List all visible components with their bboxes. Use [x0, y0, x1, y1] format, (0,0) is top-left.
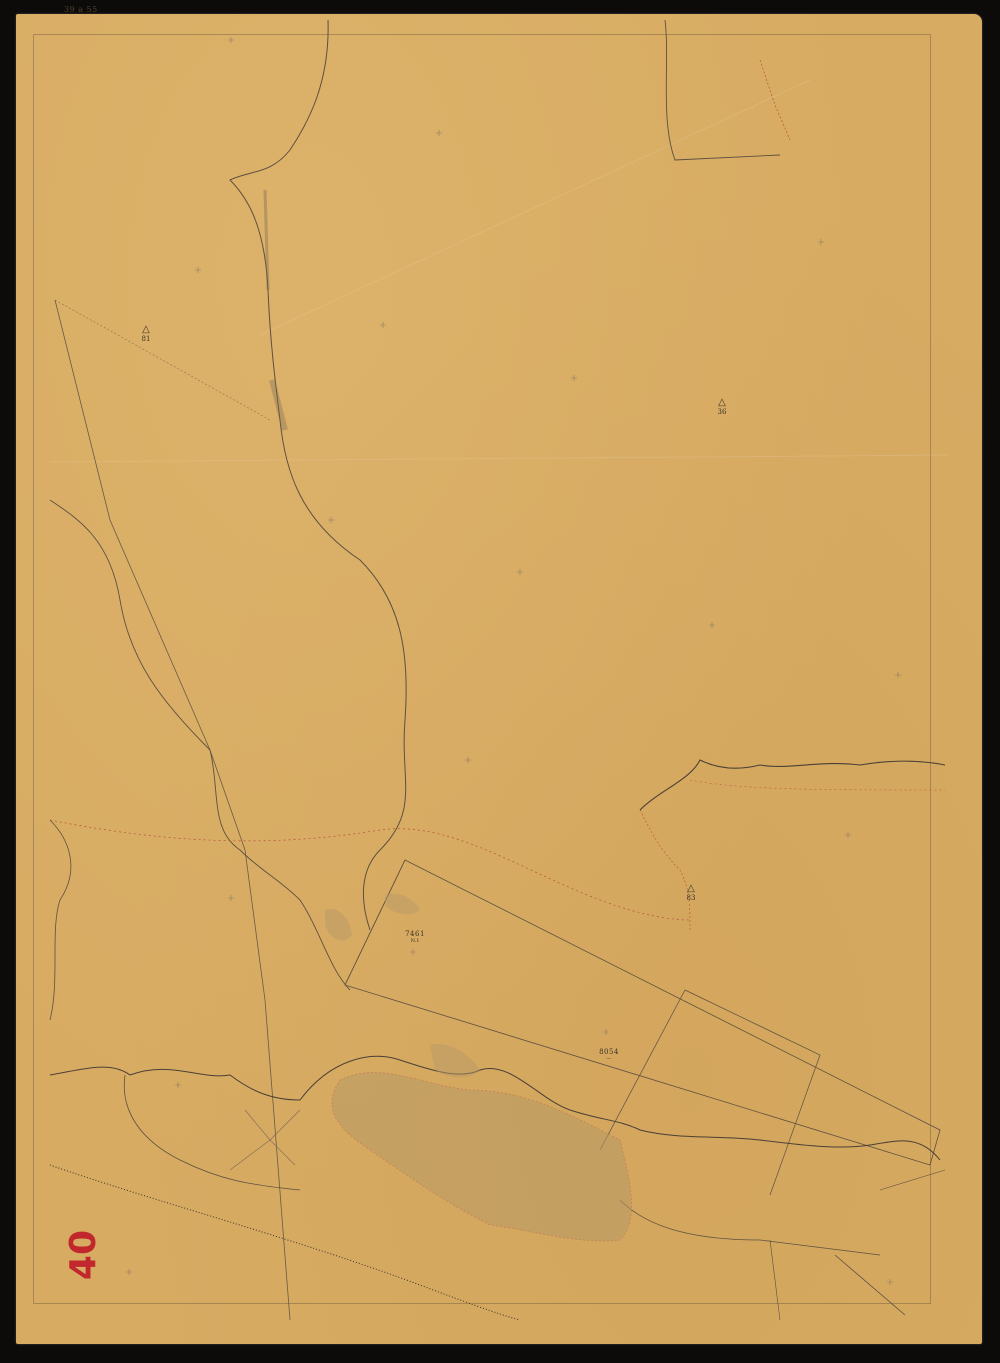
- survey-line-se-2: [880, 1170, 945, 1190]
- survey-line-nw: [55, 300, 270, 420]
- marsh-small-2: [325, 909, 352, 940]
- sheet-corner-label: 39 a 55: [64, 5, 98, 14]
- survey-radials: [230, 1110, 300, 1170]
- river-far-west: [50, 820, 71, 1020]
- triangle-icon: △: [131, 325, 161, 335]
- survey-line-se: [835, 1255, 905, 1315]
- river-south: [620, 1200, 880, 1255]
- marsh-area: [332, 1072, 632, 1241]
- survey-line-east: [640, 810, 690, 930]
- survey-line-east-2: [690, 780, 945, 790]
- parcel-label-7461: 7461 N.1: [395, 930, 435, 944]
- map-linework: [0, 0, 1000, 1363]
- river-west: [50, 500, 350, 990]
- parcel-8054-boundary: [685, 990, 820, 1195]
- marsh-small-3: [385, 894, 420, 915]
- creek-hatching-2: [272, 380, 285, 430]
- triangulation-point-83: △ 83: [676, 884, 706, 903]
- triangle-icon: △: [676, 884, 706, 894]
- sheet-number: 40: [64, 1223, 104, 1287]
- parcel-label-8054: 8054 —: [589, 1048, 629, 1062]
- creek-central: [230, 20, 406, 930]
- marsh-small: [430, 1044, 480, 1077]
- survey-boundary-red: [50, 820, 690, 920]
- survey-line-s: [770, 1240, 780, 1320]
- triangulation-point-81: △ 81: [131, 325, 161, 344]
- parcel-divider: [345, 860, 405, 985]
- creek-hatching: [265, 190, 268, 290]
- survey-top-right: [760, 60, 790, 140]
- triangulation-point-36: △ 36: [707, 398, 737, 417]
- fold-line-diagonal: [260, 80, 810, 335]
- parcel-8054-divider: [600, 990, 685, 1150]
- river-east: [640, 760, 945, 810]
- survey-line-west: [55, 300, 290, 1320]
- triangle-icon: △: [707, 398, 737, 408]
- river-branch: [124, 1075, 300, 1190]
- fold-line: [50, 455, 948, 462]
